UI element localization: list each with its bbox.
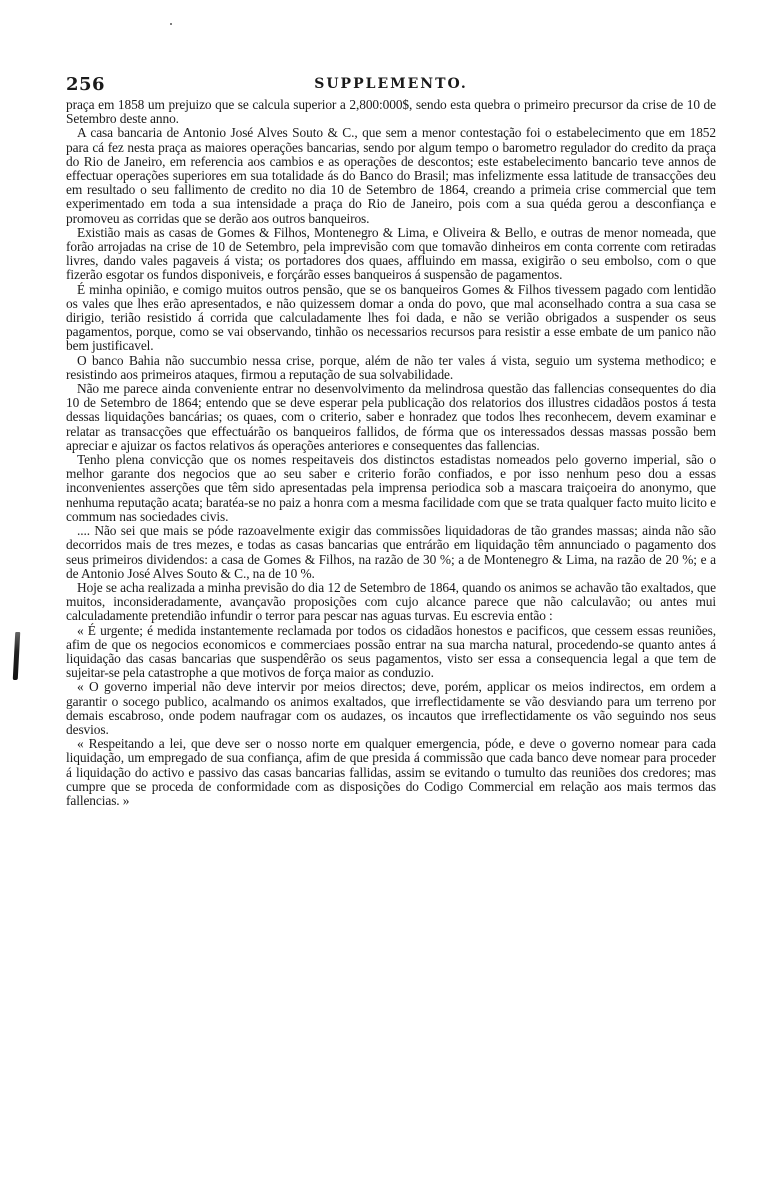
quote-government: « O governo imperial não deve intervir p…: [66, 680, 716, 737]
paragraph-other-houses: Existião mais as casas de Gomes & Filhos…: [66, 226, 716, 283]
paragraph-continuation: praça em 1858 um prejuizo que se calcula…: [66, 98, 716, 126]
paragraph-fallencias: Não me parece ainda conveniente entrar n…: [66, 382, 716, 453]
paragraph-commissions: .... Não sei que mais se póde razoavelme…: [66, 524, 716, 581]
paragraph-prevision: Hoje se acha realizada a minha previsão …: [66, 581, 716, 624]
paper-speck: [170, 23, 172, 25]
quote-urgent: « É urgente; é medida instantemente recl…: [66, 624, 716, 681]
body-text: praça em 1858 um prejuizo que se calcula…: [66, 98, 716, 808]
margin-ink-mark: [13, 632, 21, 680]
paragraph-conviction: Tenho plena convicção que os nomes respe…: [66, 453, 716, 524]
running-head: SUPPLEMENTO.: [66, 76, 716, 92]
paragraph-banco-bahia: O banco Bahia não succumbio nessa crise,…: [66, 354, 716, 382]
quote-law: « Respeitando a lei, que deve ser o noss…: [66, 737, 716, 808]
paragraph-opinion: É minha opinião, e comigo muitos outros …: [66, 283, 716, 354]
paragraph-souto: A casa bancaria de Antonio José Alves So…: [66, 126, 716, 225]
page-header: 256 SUPPLEMENTO.: [66, 74, 716, 94]
